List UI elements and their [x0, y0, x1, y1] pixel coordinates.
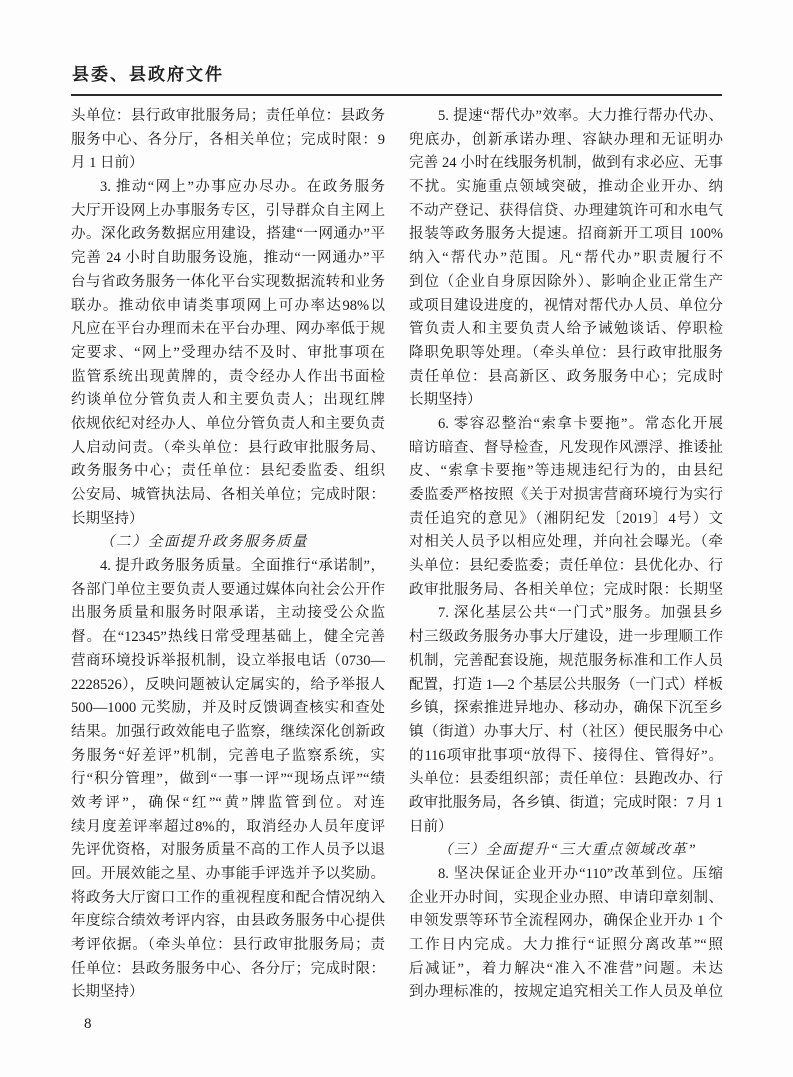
- text-line: 联办。推动依申请类事项网上可办率达98%以上。: [71, 295, 385, 319]
- text-line: 责任单位：县高新区、政务服务中心；完成时限：: [409, 366, 723, 390]
- text-line: 7. 深化基层公共“一门式”服务。加强县乡: [409, 602, 723, 626]
- text-line: 不动产登记、获得信贷、办理建筑许可和水电气: [409, 200, 723, 224]
- text-line: 降职免职等处理。（牵头单位：县行政审批服务局；: [409, 342, 723, 366]
- text-line: 管负责人和主要负责人给予诫勉谈话、停职检查、: [409, 318, 723, 342]
- text-line: 兜底办，创新承诺办理、容缺办理和无证明办理，: [409, 129, 723, 153]
- text-line: 政审批服务局，各乡镇、街道；完成时限：7 月 1: [409, 792, 723, 816]
- text-line: 效考评”，确保“红”“黄”牌监管到位。对连: [71, 792, 385, 816]
- text-line: 服务中心、各分厅，各相关单位；完成时限：9: [71, 129, 385, 153]
- text-line: 依规依纪对经办人、单位分管负责人和主要负责: [71, 413, 385, 437]
- header-title: 县委、县政府文件: [72, 60, 224, 85]
- text-line: 责任追究的意见》（湘阴纪发〔2019〕4号）文件，: [409, 508, 723, 532]
- text-line: 台与省政务服务一体化平台实现数据流转和业务: [71, 271, 385, 295]
- text-line: 凡应在平台办理而未在平台办理、网办率低于规: [71, 318, 385, 342]
- text-line: 5. 提速“帮代办”效率。大力推行帮办代办、: [409, 105, 723, 129]
- text-line: 到位（企业自身原因除外）、影响企业正常生产: [409, 271, 723, 295]
- text-line: 镇（街道）办事大厅、村（社区）便民服务中心: [409, 721, 723, 745]
- text-line: 监管系统出现黄牌的，责令经办人作出书面检查、: [71, 366, 385, 390]
- text-line: 头单位：县行政审批服务局；责任单位：县政务: [71, 105, 385, 129]
- text-line: 长期坚持）: [71, 981, 385, 1005]
- text-line: 考评依据。（牵头单位：县行政审批服务局；责: [71, 934, 385, 958]
- text-line: 后减证”，着力解决“准入不准营”问题。未达: [409, 958, 723, 982]
- text-line: 申领发票等环节全流程网办，确保企业开办 1 个: [409, 910, 723, 934]
- document-page: 县委、县政府文件 头单位：县行政审批服务局；责任单位：县政务服务中心、各分厅，各…: [0, 0, 793, 1077]
- text-line: 任单位：县政务服务中心、各分厅；完成时限：: [71, 958, 385, 982]
- text-line: 结果。加强行政效能电子监察，继续深化创新政: [71, 721, 385, 745]
- text-line: 将政务大厅窗口工作的重视程度和配合情况纳入: [71, 887, 385, 911]
- text-line: 年度综合绩效考评内容，由县政务服务中心提供: [71, 910, 385, 934]
- text-line: 或项目建设进度的，视情对帮代办人员、单位分: [409, 295, 723, 319]
- text-line: 工作日内完成。大力推行“证照分离改革”“照: [409, 934, 723, 958]
- text-line: 长期坚持）: [71, 508, 385, 532]
- text-line: 委监委严格按照《关于对损害营商环境行为实行: [409, 484, 723, 508]
- text-line: 办。深化政务数据应用建设，搭建“一网通办”平台，: [71, 223, 385, 247]
- text-line: 到办理标准的，按规定追究相关工作人员及单位: [409, 981, 723, 1005]
- text-line: 村三级政务服务办事大厅建设，进一步理顺工作: [409, 626, 723, 650]
- text-line: 先评优资格，对服务质量不高的工作人员予以退: [71, 839, 385, 863]
- header-rule: [71, 94, 722, 96]
- text-line: 出服务质量和服务时限承诺，主动接受公众监: [71, 602, 385, 626]
- section-subheading: （二）全面提升政务服务质量: [71, 531, 385, 555]
- text-line: 大厅开设网上办事服务专区，引导群众自主网上: [71, 200, 385, 224]
- section-subheading: （三）全面提升“三大重点领域改革”: [409, 839, 723, 863]
- page-number: 8: [84, 1016, 92, 1033]
- text-line: 3. 推动“网上”办事应办尽办。在政务服务: [71, 176, 385, 200]
- text-line: 督。在“12345”热线日常受理基础上，健全完善: [71, 626, 385, 650]
- text-line: 企业开办时间，实现企业办照、申请印章刻制、: [409, 887, 723, 911]
- text-line: 暗访暗查、督导检查，凡发现作风漂浮、推诿扯: [409, 437, 723, 461]
- text-line: 纳入“帮代办”范围。凡“帮代办”职责履行不: [409, 247, 723, 271]
- text-line: 报装等政务服务大提速。招商新开工项目 100%: [409, 223, 723, 247]
- text-line: 约谈单位分管负责人和主要负责人；出现红牌的，: [71, 389, 385, 413]
- text-line: 6. 零容忍整治“索拿卡要拖”。常态化开展: [409, 413, 723, 437]
- text-line: 机制，完善配套设施，规范服务标准和工作人员: [409, 650, 723, 674]
- text-line: 月 1 日前）: [71, 152, 385, 176]
- text-line: 皮、“索拿卡要拖”等违规违纪行为的，由县纪: [409, 460, 723, 484]
- text-line: 定要求、“网上”受理办结不及时、审批事项在: [71, 342, 385, 366]
- text-line: 长期坚持）: [409, 389, 723, 413]
- text-line: 4. 提升政务服务质量。全面推行“承诺制”，: [71, 555, 385, 579]
- text-line: 回。开展效能之星、办事能手评选并予以奖励。: [71, 863, 385, 887]
- text-line: 续月度差评率超过8%的，取消经办人员年度评: [71, 816, 385, 840]
- text-line: 500—1000 元奖励，并及时反馈调查核实和查处: [71, 697, 385, 721]
- text-line: 不扰。实施重点领域突破，推动企业开办、纳税、: [409, 176, 723, 200]
- text-line: 政审批服务局、各相关单位；完成时限：长期坚持）: [409, 579, 723, 603]
- text-line: 头单位：县纪委监委；责任单位：县优化办、行: [409, 555, 723, 579]
- text-line: 务服务“好差评”机制，完善电子监察系统，实: [71, 745, 385, 769]
- text-line: 乡镇，探索推进异地办、移动办，确保下沉至乡: [409, 697, 723, 721]
- text-line: 的116项审批事项“放得下、接得住、管得好”。（牵: [409, 745, 723, 769]
- text-line: 日前）: [409, 816, 723, 840]
- left-column: 头单位：县行政审批服务局；责任单位：县政务服务中心、各分厅，各相关单位；完成时限…: [71, 105, 385, 1005]
- text-line: 人启动问责。（牵头单位：县行政审批服务局、: [71, 437, 385, 461]
- text-line: 8. 坚决保证企业开办“110”改革到位。压缩: [409, 863, 723, 887]
- text-line: 完善 24 小时在线服务机制，做到有求必应、无事: [409, 152, 723, 176]
- text-line: 头单位：县委组织部；责任单位：县跑改办、行: [409, 768, 723, 792]
- text-line: 各部门单位主要负责人要通过媒体向社会公开作: [71, 579, 385, 603]
- text-line: 政务服务中心；责任单位：县纪委监委、组织部、: [71, 460, 385, 484]
- text-line: 营商环境投诉举报机制，设立举报电话（0730—: [71, 650, 385, 674]
- text-line: 2228526），反映问题被认定属实的，给予举报人: [71, 674, 385, 698]
- text-line: 配置，打造 1—2 个基层公共服务（一门式）样板: [409, 674, 723, 698]
- text-line: 对相关人员予以相应处理，并向社会曝光。（牵: [409, 531, 723, 555]
- right-column: 5. 提速“帮代办”效率。大力推行帮办代办、兜底办，创新承诺办理、容缺办理和无证…: [409, 105, 723, 1005]
- text-line: 公安局、城管执法局、各相关单位；完成时限：: [71, 484, 385, 508]
- text-line: 行“积分管理”，做到“一事一评”“现场点评”“绩: [71, 768, 385, 792]
- text-line: 完善 24 小时自助服务设施，推动“一网通办”平: [71, 247, 385, 271]
